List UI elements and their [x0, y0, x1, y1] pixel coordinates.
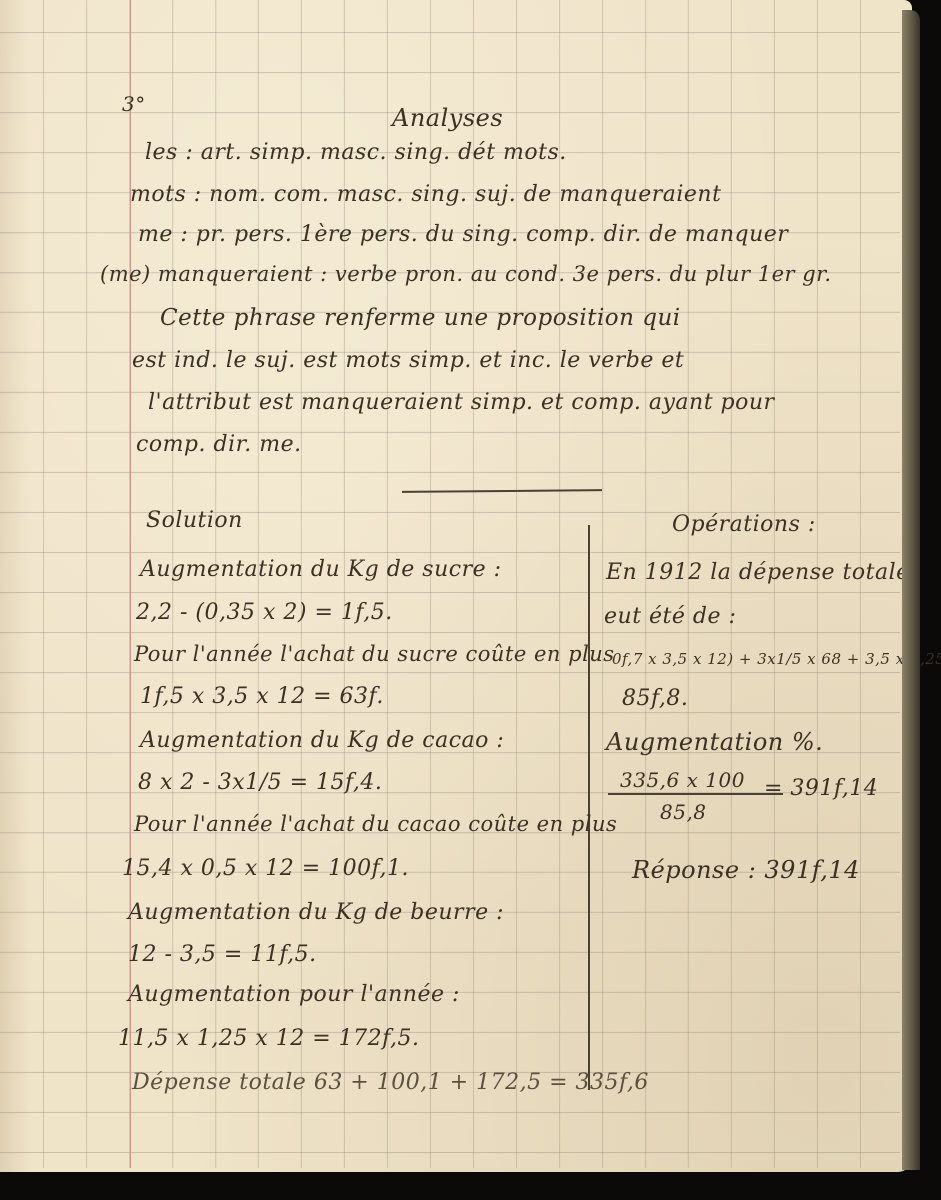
fraction-numerator: 335,6 x 100	[620, 768, 745, 792]
column-separator	[588, 525, 590, 1090]
operations-line: Augmentation %.	[606, 728, 823, 756]
solution-line: Pour l'année l'achat du cacao coûte en p…	[134, 812, 617, 836]
analysis-line: mots : nom. com. masc. sing. suj. de man…	[130, 182, 721, 207]
solution-line: Pour l'année l'achat du sucre coûte en p…	[134, 642, 615, 666]
solution-line: 15,4 x 0,5 x 12 = 100f,1.	[122, 856, 409, 881]
notebook-page: 3° Analyses les : art. simp. masc. sing.…	[0, 0, 912, 1172]
fraction-bar	[608, 793, 783, 795]
operations-line: En 1912 la dépense totale	[606, 560, 910, 585]
solution-line: 12 - 3,5 = 11f,5.	[128, 942, 317, 967]
solution-line: 1f,5 x 3,5 x 12 = 63f.	[140, 684, 384, 709]
solution-line: Augmentation pour l'année :	[128, 982, 460, 1007]
exercise-number: 3°	[122, 92, 146, 116]
solution-line: Augmentation du Kg de cacao :	[140, 728, 504, 753]
analysis-line: l'attribut est manqueraient simp. et com…	[148, 390, 775, 415]
solution-line: Augmentation du Kg de beurre :	[128, 900, 504, 925]
solution-line: Augmentation du Kg de sucre :	[140, 557, 502, 582]
analysis-title: Analyses	[392, 104, 503, 132]
analysis-line: me : pr. pers. 1ère pers. du sing. comp.…	[138, 222, 788, 247]
operations-line: eut été de :	[604, 604, 736, 629]
analysis-line: comp. dir. me.	[136, 432, 302, 457]
analysis-line: les : art. simp. masc. sing. dét mots.	[145, 140, 567, 165]
analysis-line: est ind. le suj. est mots simp. et inc. …	[132, 348, 684, 373]
answer-line: Réponse : 391f,14	[632, 856, 860, 884]
analysis-line: Cette phrase renferme une proposition qu…	[160, 305, 681, 331]
solution-line: 8 x 2 - 3x1/5 = 15f,4.	[138, 770, 382, 795]
solution-title: Solution	[146, 508, 243, 533]
fraction-denominator: 85,8	[660, 800, 707, 824]
operations-line: 0f,7 x 3,5 x 12) + 3x1/5 x 68 + 3,5 x 1,…	[612, 650, 941, 668]
operations-title: Opérations :	[672, 512, 816, 537]
operations-result: = 391f,14	[764, 776, 878, 801]
solution-line: 11,5 x 1,25 x 12 = 172f,5.	[118, 1026, 420, 1051]
operations-line: 85f,8.	[622, 686, 688, 711]
solution-total-line: Dépense totale 63 + 100,1 + 172,5 = 335f…	[132, 1070, 649, 1095]
solution-line: 2,2 - (0,35 x 2) = 1f,5.	[136, 600, 393, 625]
notebook-cover-edge	[902, 10, 920, 1170]
analysis-line: (me) manqueraient : verbe pron. au cond.…	[100, 262, 832, 286]
